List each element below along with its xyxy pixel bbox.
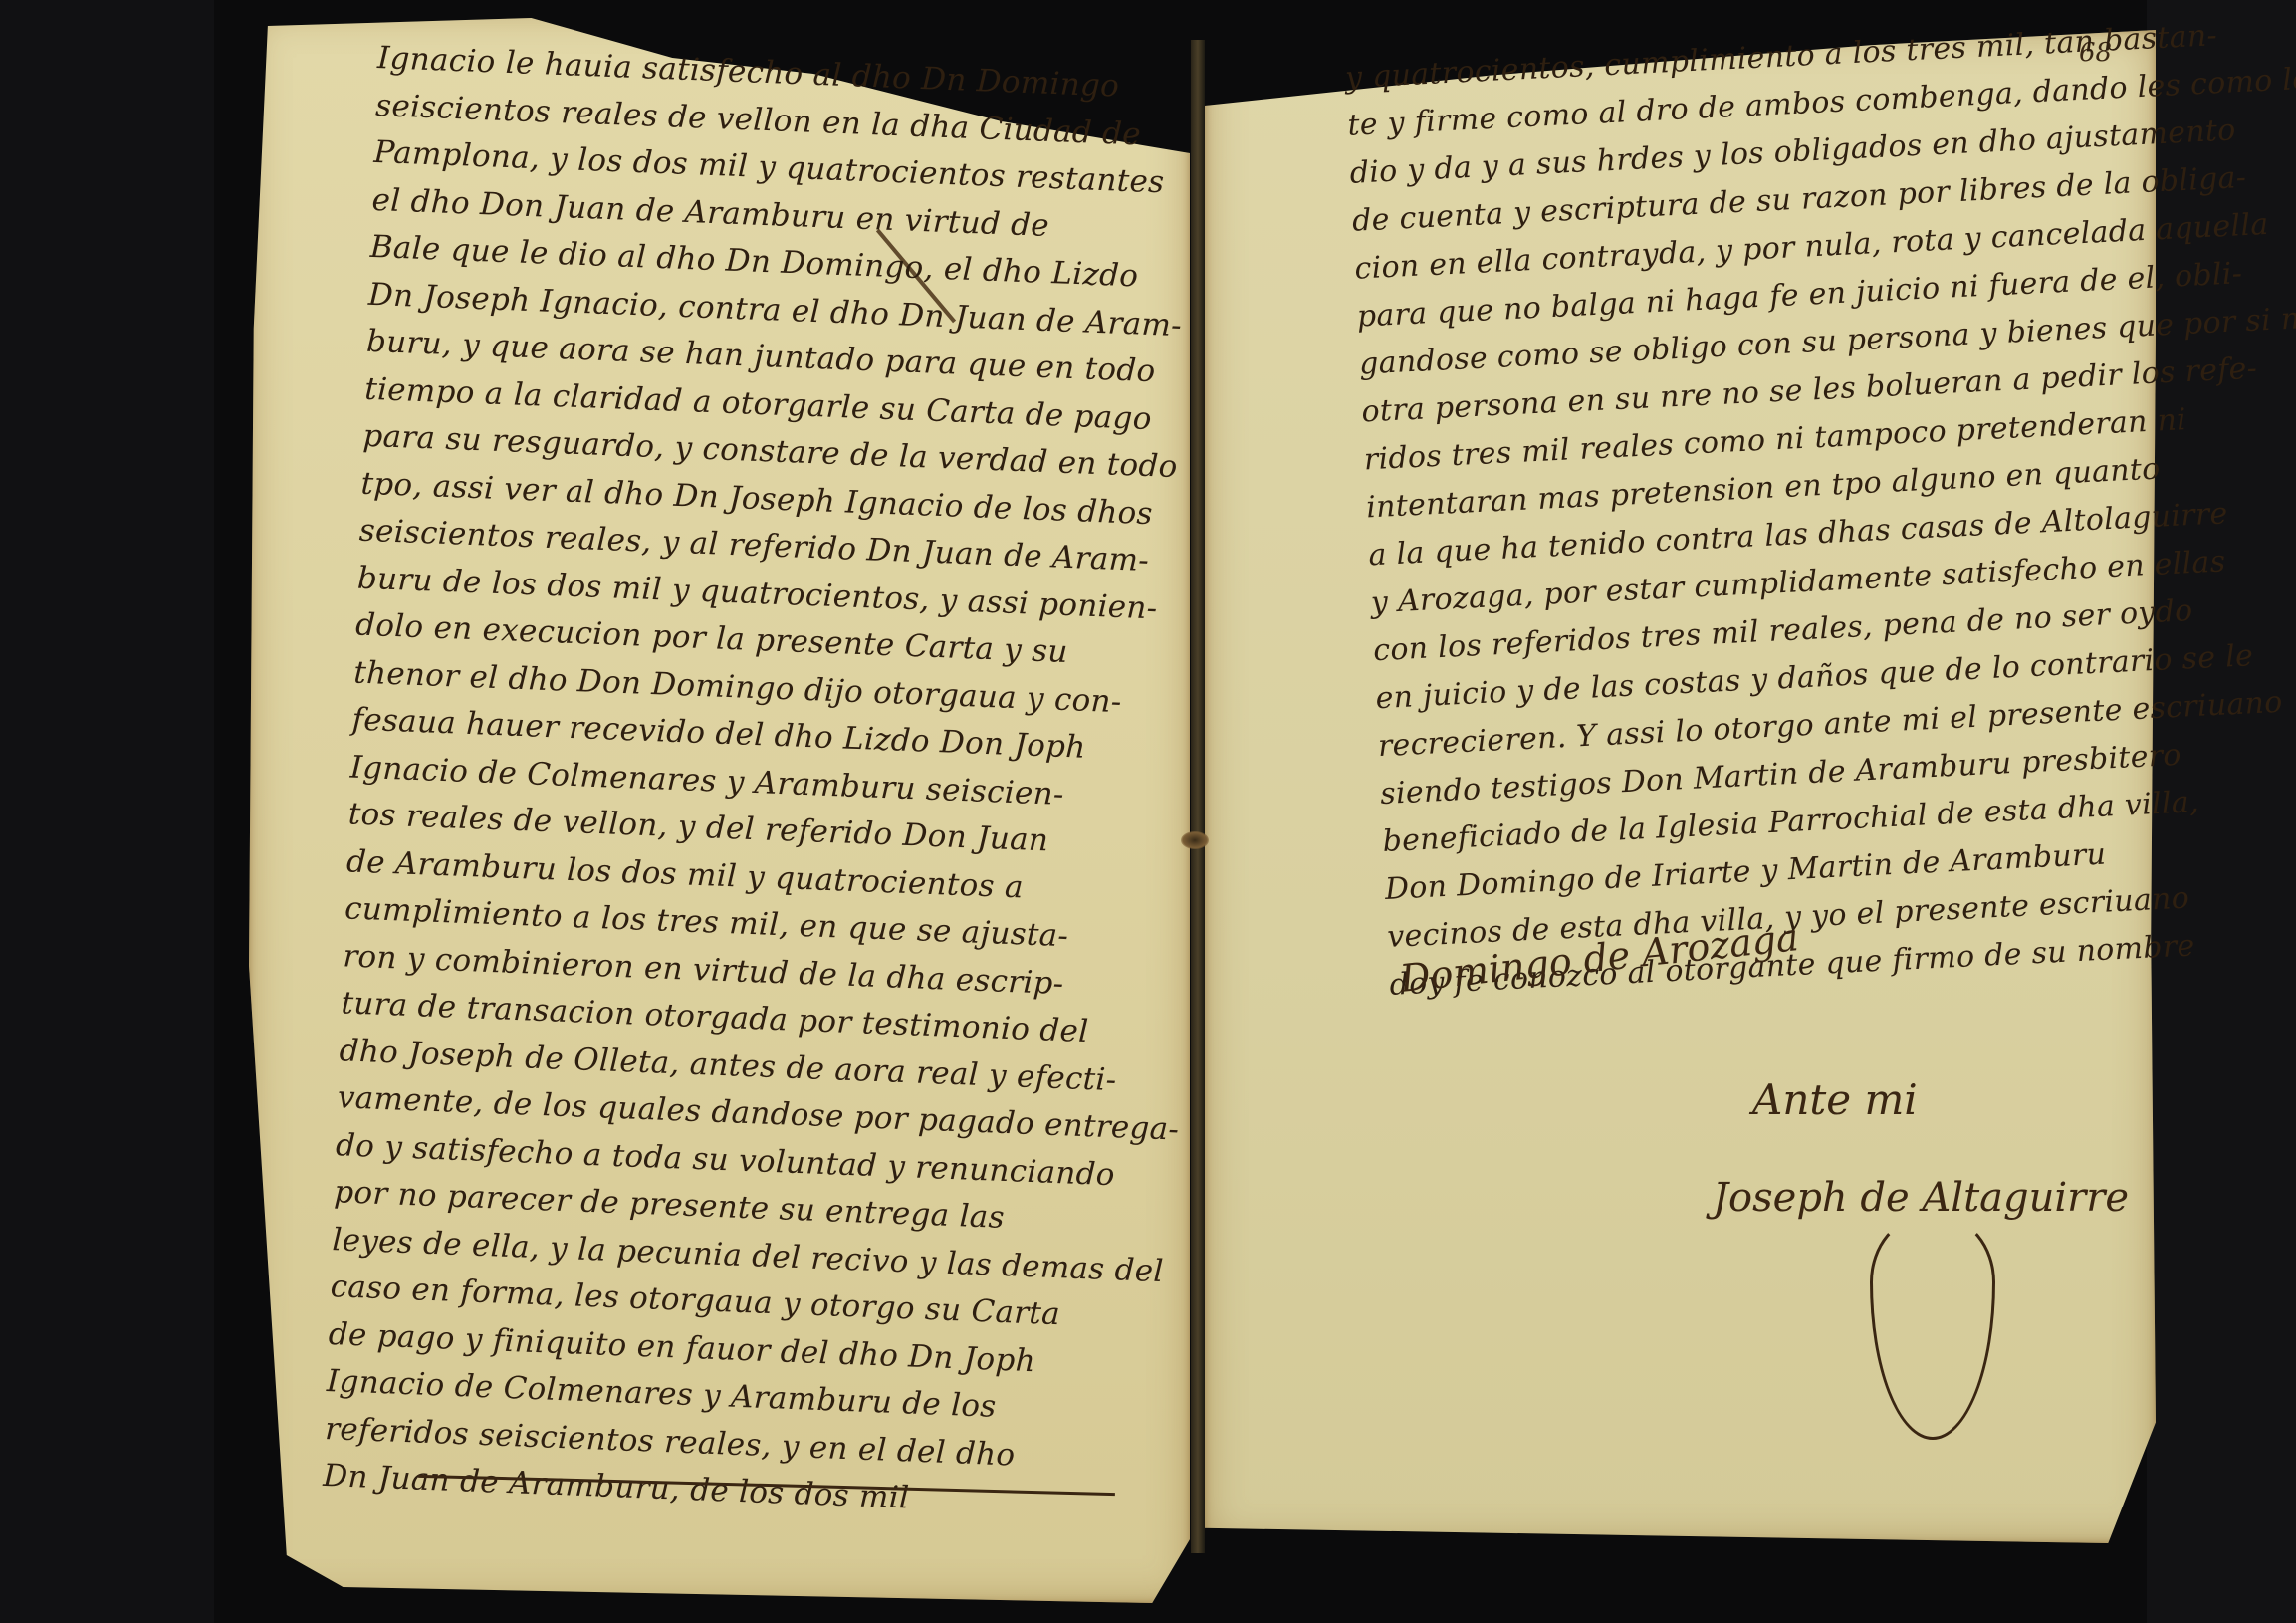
signature-notary: Joseph de Altaguirre: [1713, 1175, 2129, 1221]
right-page-text: y quatrocientos, cumplimiento a los tres…: [1344, 16, 2177, 1009]
background-left: [0, 0, 214, 1623]
signature-ante-mi: Ante mi: [1752, 1075, 1918, 1124]
left-page-text: Ignacio le hauia satisfecho al dho Dn Do…: [322, 35, 1164, 1530]
book-gutter: [1191, 40, 1205, 1553]
binding-thread: [1181, 831, 1209, 849]
